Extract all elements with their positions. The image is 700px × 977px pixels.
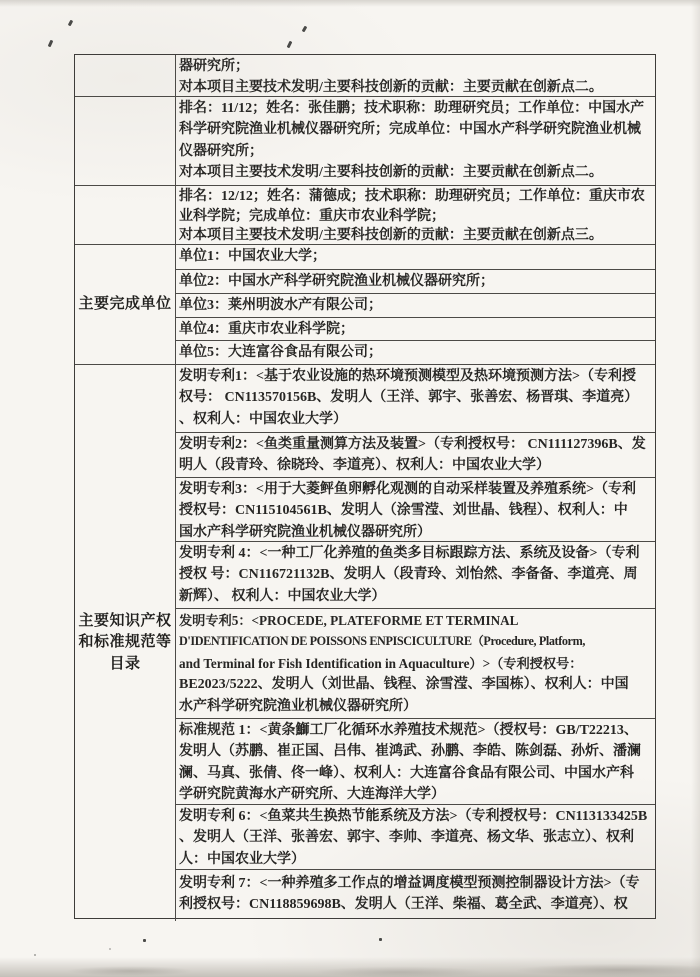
unit-text: 单位5：大连富谷食品有限公司； bbox=[176, 341, 655, 362]
patent-text: 发明专利 7：<一种养殖多工作点的增益调度模型预测控制器设计方法>（专利授权号：… bbox=[176, 870, 655, 916]
table-row-unit-5: 单位5：大连富谷食品有限公司； bbox=[176, 341, 655, 364]
label-cell-empty bbox=[75, 186, 176, 244]
table-row-unit-2: 单位2：中国水产科学研究院渔业机械仪器研究所； bbox=[176, 270, 655, 294]
table-row-standard-1: 标准规范 1：<黄条鰤工厂化循环水养殖技术规范>（授权号：GB/T22213、发… bbox=[176, 719, 655, 805]
section-label-line: 和标准规范等 bbox=[78, 632, 171, 654]
unit-text: 单位2：中国水产科学研究院渔业机械仪器研究所； bbox=[176, 270, 655, 291]
table-row-person-11: 排名：11/12；姓名：张佳鹏；技术职称：助理研究员；工作单位：中国水产科学研究… bbox=[75, 97, 655, 186]
person-entry-text: 排名：12/12；姓名：蒲德成；技术职称：助理研究员；工作单位：重庆市农业科学院… bbox=[176, 186, 655, 244]
table-row-person-12: 排名：12/12；姓名：蒲德成；技术职称：助理研究员；工作单位：重庆市农业科学院… bbox=[75, 186, 655, 245]
table-row-patent-3: 发明专利3：<用于大菱鲆鱼卵孵化观测的自动采样装置及养殖系统>（专利授权号：CN… bbox=[176, 478, 655, 542]
label-cell-empty bbox=[75, 97, 176, 185]
section-ip-and-standards: 主要知识产权 和标准规范等 目录 发明专利1：<基于农业设施的热环境预测模型及热… bbox=[75, 365, 655, 921]
patent-text: 发明专利3：<用于大菱鲆鱼卵孵化观测的自动采样装置及养殖系统>（专利授权号：CN… bbox=[176, 478, 655, 543]
standard-text: 标准规范 1：<黄条鰤工厂化循环水养殖技术规范>（授权号：GB/T22213、发… bbox=[176, 719, 655, 806]
label-cell-empty bbox=[75, 55, 176, 96]
unit-text: 单位3：莱州明波水产有限公司； bbox=[176, 294, 655, 315]
unit-text: 单位4：重庆市农业科学院； bbox=[176, 318, 655, 339]
scan-speck bbox=[34, 954, 36, 956]
patent-text: 发明专利1：<基于农业设施的热环境预测模型及热环境预测方法>（专利授权号： CN… bbox=[176, 365, 655, 430]
table-row-patent-6: 发明专利 6：<鱼菜共生换热节能系统及方法>（专利授权号：CN113133425… bbox=[176, 805, 655, 870]
project-nomination-table: 器研究所；对本项目主要技术发明/主要科技创新的贡献：主要贡献在创新点二。 排名：… bbox=[74, 54, 656, 919]
scan-speck bbox=[287, 41, 293, 49]
table-row-patent-4: 发明专利 4：<一种工厂化养殖的鱼类多目标跟踪方法、系统及设备>（专利授权 号：… bbox=[176, 542, 655, 609]
scan-speck bbox=[379, 938, 382, 941]
patent-text: 发明专利5：<PROCEDE, PLATEFORME ET TERMINALD'… bbox=[176, 609, 655, 717]
patent-text: 发明专利2：<鱼类重量测算方法及装置>（专利授权号： CN111127396B、… bbox=[176, 433, 655, 477]
scan-speck bbox=[48, 40, 54, 48]
patent-text: 发明专利 4：<一种工厂化养殖的鱼类多目标跟踪方法、系统及设备>（专利授权 号：… bbox=[176, 542, 655, 607]
person-entry-text: 器研究所；对本项目主要技术发明/主要科技创新的贡献：主要贡献在创新点二。 bbox=[176, 55, 655, 96]
patent-text: 发明专利 6：<鱼菜共生换热节能系统及方法>（专利授权号：CN113133425… bbox=[176, 805, 655, 870]
section-label-ip-and-standards: 主要知识产权 和标准规范等 目录 bbox=[75, 365, 176, 921]
ip-rows: 发明专利1：<基于农业设施的热环境预测模型及热环境预测方法>（专利授权号： CN… bbox=[176, 365, 655, 921]
table-row-unit-1: 单位1：中国农业大学； bbox=[176, 245, 655, 270]
table-row-patent-1: 发明专利1：<基于农业设施的热环境预测模型及热环境预测方法>（专利授权号： CN… bbox=[176, 365, 655, 433]
scan-speck bbox=[109, 948, 111, 950]
scan-speck bbox=[302, 26, 308, 33]
table-row-patent-2: 发明专利2：<鱼类重量测算方法及装置>（专利授权号： CN111127396B、… bbox=[176, 433, 655, 478]
table-row-patent-7: 发明专利 7：<一种养殖多工作点的增益调度模型预测控制器设计方法>（专利授权号：… bbox=[176, 870, 655, 921]
scan-bottom-shadow bbox=[0, 957, 700, 977]
table-row-unit-4: 单位4：重庆市农业科学院； bbox=[176, 318, 655, 341]
scan-top-shadow bbox=[0, 0, 700, 7]
unit-rows: 单位1：中国农业大学； 单位2：中国水产科学研究院渔业机械仪器研究所； 单位3：… bbox=[176, 245, 655, 364]
scan-right-shadow bbox=[691, 0, 700, 977]
section-label-main-completing-units: 主要完成单位 bbox=[75, 245, 176, 364]
table-row-person-10-continued: 器研究所；对本项目主要技术发明/主要科技创新的贡献：主要贡献在创新点二。 bbox=[75, 55, 655, 97]
section-label-line: 主要知识产权 bbox=[78, 611, 171, 633]
section-label-line: 目录 bbox=[109, 654, 140, 676]
section-main-completing-units: 主要完成单位 单位1：中国农业大学； 单位2：中国水产科学研究院渔业机械仪器研究… bbox=[75, 245, 655, 365]
table-row-unit-3: 单位3：莱州明波水产有限公司； bbox=[176, 294, 655, 318]
table-row-patent-5: 发明专利5：<PROCEDE, PLATEFORME ET TERMINALD'… bbox=[176, 609, 655, 719]
scanned-document-page: 器研究所；对本项目主要技术发明/主要科技创新的贡献：主要贡献在创新点二。 排名：… bbox=[0, 0, 700, 977]
person-entry-text: 排名：11/12；姓名：张佳鹏；技术职称：助理研究员；工作单位：中国水产科学研究… bbox=[176, 97, 655, 185]
scan-speck bbox=[143, 939, 146, 942]
unit-text: 单位1：中国农业大学； bbox=[176, 245, 655, 266]
scan-speck bbox=[68, 20, 73, 27]
